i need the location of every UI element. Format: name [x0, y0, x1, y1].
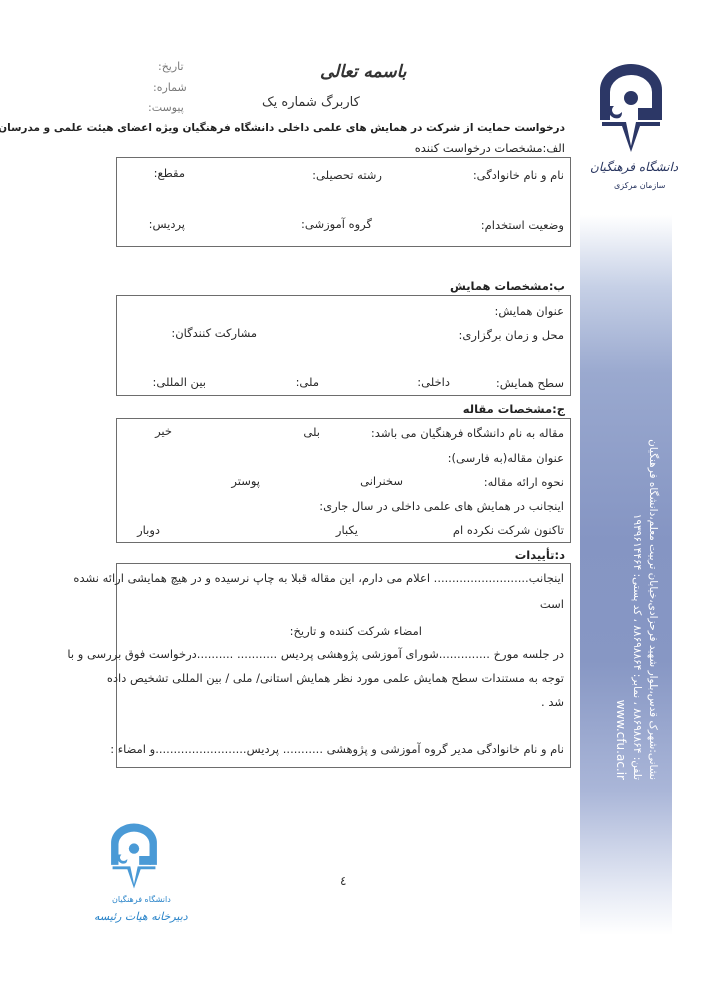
form-name: کاربرگ شماره یک	[262, 95, 360, 110]
university-logo-icon	[596, 62, 666, 154]
presentation-question: نحوه ارائه مقاله:	[484, 475, 564, 489]
council-text-line3: شد .	[541, 695, 564, 709]
affiliation-no-option[interactable]: خیر	[155, 424, 172, 438]
banner-phone: تلفن: ۸۸۶۹۸۸۶۴	[631, 708, 643, 780]
bismillah-heading: باسمه تعالی	[320, 62, 406, 82]
department-field[interactable]: گروه آموزشی:	[301, 217, 372, 231]
presentation-oral-option[interactable]: سخنرانی	[360, 474, 403, 488]
participation-history-question: اینجانب در همایش های علمی داخلی در سال ج…	[319, 499, 564, 513]
banner-address: نشانی:شهرک قدس،بلوار شهید فرحزادی،خیابان…	[645, 340, 661, 780]
meta-date-label: تاریخ:	[158, 60, 184, 73]
participants-field[interactable]: مشارکت کنندگان:	[171, 326, 257, 340]
venue-time-field[interactable]: محل و زمان برگزاری:	[459, 328, 564, 342]
history-twice-option[interactable]: دوبار	[137, 523, 160, 537]
level-international-option[interactable]: بین المللی:	[152, 375, 206, 389]
affiliation-question: مقاله به نام دانشگاه فرهنگیان می باشد:	[371, 426, 564, 440]
section-conference-heading: ب:مشخصات همایش	[450, 279, 565, 293]
employment-status-field[interactable]: وضعیت استخدام:	[481, 218, 564, 232]
section-article-heading: ج:مشخصات مقاله	[463, 402, 565, 416]
banner-contact: تلفن: ۸۸۶۹۸۸۶۴ ، نمابر: ۸۸۶۹۸۸۶۴ ، کد پس…	[629, 340, 645, 780]
level-internal-option[interactable]: داخلی:	[417, 375, 450, 389]
council-text-line1: در جلسه مورخ ..............شورای آموزشی …	[67, 647, 564, 661]
banner-contact-block: نشانی:شهرک قدس،بلوار شهید فرحزادی،خیابان…	[591, 340, 661, 780]
conference-title-field[interactable]: عنوان همایش:	[494, 304, 564, 318]
stamp-university-name: دانشگاه فرهنگیان	[112, 895, 171, 904]
logo-university-name: دانشگاه فرهنگیان	[590, 160, 678, 174]
request-title: درخواست حمایت از شرکت در همایش های علمی …	[0, 122, 565, 134]
affiliation-yes-option[interactable]: بلی	[303, 425, 320, 439]
meta-attachment-label: پیوست:	[148, 101, 184, 114]
approvals-box: اینجانب.......................... اعلام …	[116, 563, 571, 768]
manager-signature-line[interactable]: نام و نام خانوادگی مدیر گروه آموزشی و پژ…	[110, 742, 564, 756]
article-box: مقاله به نام دانشگاه فرهنگیان می باشد: ب…	[116, 418, 571, 543]
declaration-text-line1: اینجانب.......................... اعلام …	[73, 571, 564, 585]
applicant-box: نام و نام خانوادگی: رشته تحصیلی: مقطع: و…	[116, 157, 571, 247]
meta-number-label: شماره:	[153, 81, 187, 94]
banner-fax: نمابر: ۸۸۶۹۸۸۶۴	[631, 625, 643, 698]
presentation-poster-option[interactable]: پوستر	[231, 474, 260, 488]
council-text-line2: توجه به مستندات سطح همایش علمی مورد نظر …	[107, 671, 564, 685]
history-never-option[interactable]: تاکنون شرکت نکرده ام	[453, 523, 564, 537]
field-of-study-field[interactable]: رشته تحصیلی:	[312, 168, 382, 182]
article-title-fa-field[interactable]: عنوان مقاله(به فارسی):	[448, 451, 564, 465]
logo-subtitle: سازمان مرکزی	[614, 181, 665, 190]
campus-field[interactable]: پردیس:	[149, 217, 185, 231]
full-name-field[interactable]: نام و نام خانوادگی:	[473, 168, 564, 182]
declaration-text-line2: است	[540, 597, 564, 611]
level-national-option[interactable]: ملی:	[296, 375, 319, 389]
banner-website[interactable]: www.cfu.ac.ir	[613, 340, 629, 780]
conference-box: عنوان همایش: محل و زمان برگزاری: مشارکت …	[116, 295, 571, 396]
applicant-signature-field[interactable]: امضاء شرکت کننده و تاریخ:	[290, 624, 422, 638]
section-applicant-heading: الف:مشخصات درخواست کننده	[415, 141, 565, 155]
stamp-caption: دبیرخانه هیات رئیسه	[94, 910, 188, 923]
conference-level-label: سطح همایش:	[496, 376, 564, 390]
section-approvals-heading: د:تأییدات	[515, 548, 565, 562]
page-number: ٤	[340, 874, 346, 888]
history-once-option[interactable]: یکبار	[336, 523, 358, 537]
secretariat-stamp-logo-icon	[108, 822, 160, 890]
banner-postal-code: کد پستی: ۱۹۳۹۶۱۴۴۶۴	[631, 514, 643, 615]
degree-field[interactable]: مقطع:	[154, 166, 185, 180]
